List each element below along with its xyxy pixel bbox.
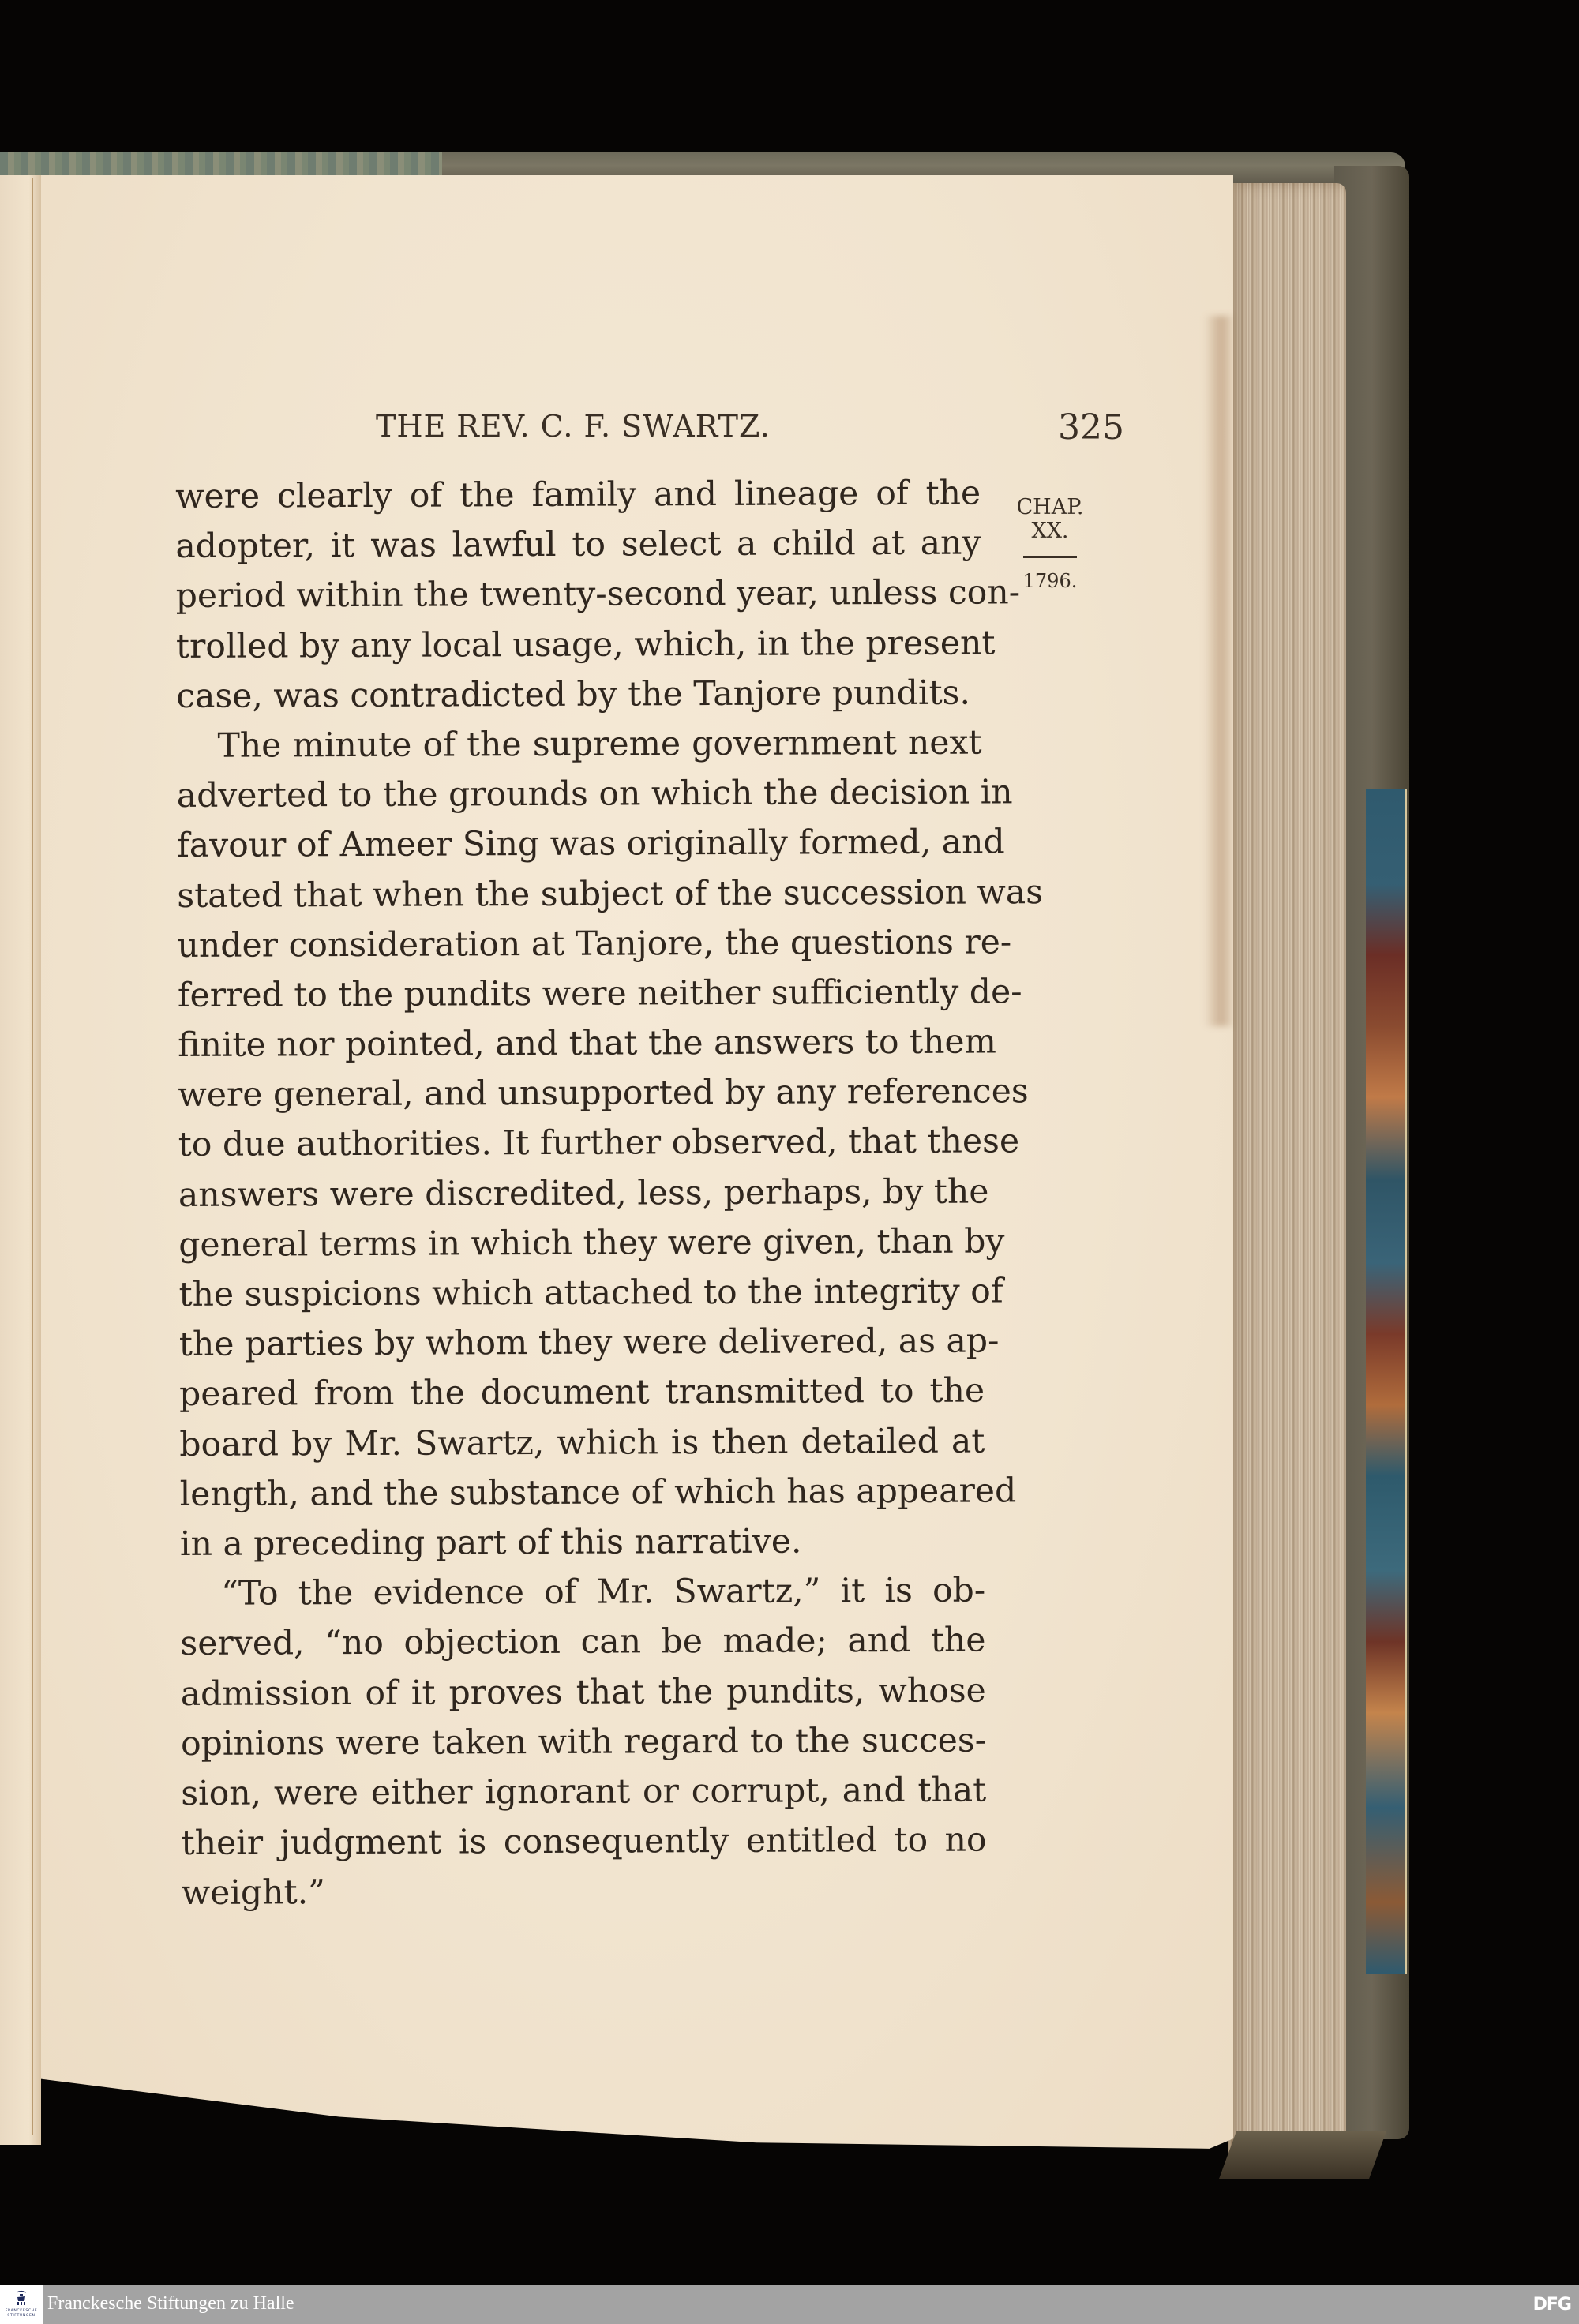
book-headband [0,152,442,176]
text-line: the parties by whom they were delivered,… [179,1317,985,1370]
dfg-logo[interactable]: DFG [1533,2295,1571,2315]
text-line: length, and the substance of which has a… [180,1466,985,1520]
text-line: admission of it proves that the pundits,… [181,1666,986,1719]
text-line: in a preceding part of this narrative. [180,1516,985,1569]
text-line: favour of Ameer Sing was originally form… [177,818,982,871]
text-line: trolled by any local usage, which, in th… [176,618,981,672]
text-line: board by Mr. Swartz, which is then detai… [179,1416,985,1470]
running-title: THE REV. C. F. SWARTZ. [376,409,771,444]
marbled-endpaper-edge [1366,789,1407,1974]
text-line: opinions were taken with regard to the s… [181,1715,986,1769]
text-line: their judgment is consequently entitled … [181,1816,986,1869]
body-text: were clearly of the family and lineage o… [175,469,987,1919]
text-line: finite nor pointed, and that the answers… [178,1018,983,1071]
text-line: ferred to the pundits were neither suffi… [178,967,983,1021]
text-line: period within the twenty-second year, un… [176,568,981,622]
page-foxing-stain [1204,316,1232,1026]
chapter-label: CHAP. [1003,496,1097,519]
page-number: 325 [1058,407,1124,448]
text-line: case, was contradicted by the Tanjore pu… [176,668,981,722]
logo-text: FRANCKESCHE STIFTUNGEN [2,2309,41,2318]
running-header: THE REV. C. F. SWARTZ. 325 [376,409,1126,456]
text-line: the suspicions which attached to the int… [178,1267,984,1321]
text-line: general terms in which they were given, … [178,1216,984,1270]
paragraph-start-line: “To the evidence of Mr. Swartz,” it is o… [180,1566,985,1620]
text-line: weight.” [182,1865,987,1919]
institution-logo[interactable]: FRANCKESCHE STIFTUNGEN [0,2285,43,2324]
text-line: adverted to the grounds on which the dec… [177,768,982,822]
text-line: were general, and unsupported by any ref… [178,1067,983,1121]
chapter-number: XX. [1003,519,1097,543]
text-line: adopter, it was lawful to select a child… [175,519,981,572]
franckesche-stiftungen-icon [15,2290,28,2306]
page-block-shadow [1219,2131,1386,2179]
text-line: sion, were either ignorant or corrupt, a… [181,1765,986,1819]
text-line: served, “no objection can be made; and t… [180,1616,985,1670]
left-page-sliver [0,175,41,2145]
paragraph-start-line: The minute of the supreme government nex… [176,718,981,771]
footer-bar: FRANCKESCHE STIFTUNGEN Franckesche Stift… [0,2285,1579,2324]
text-line: answers were discredited, less, perhaps,… [178,1167,984,1220]
text-line: peared from the document transmitted to … [179,1366,985,1420]
gutter-line [32,178,33,2135]
text-line: were clearly of the family and lineage o… [175,469,981,523]
text-line: to due authorities. It further observed,… [178,1117,984,1171]
text-line: stated that when the subject of the succ… [177,868,982,921]
logo-text-line2: STIFTUNGEN [2,2314,41,2318]
page-block-edge [1228,183,1346,2172]
text-line: under consideration at Tanjore, the ques… [177,917,982,971]
institution-name: Franckesche Stiftungen zu Halle [47,2293,294,2315]
margin-rule [1023,556,1077,558]
